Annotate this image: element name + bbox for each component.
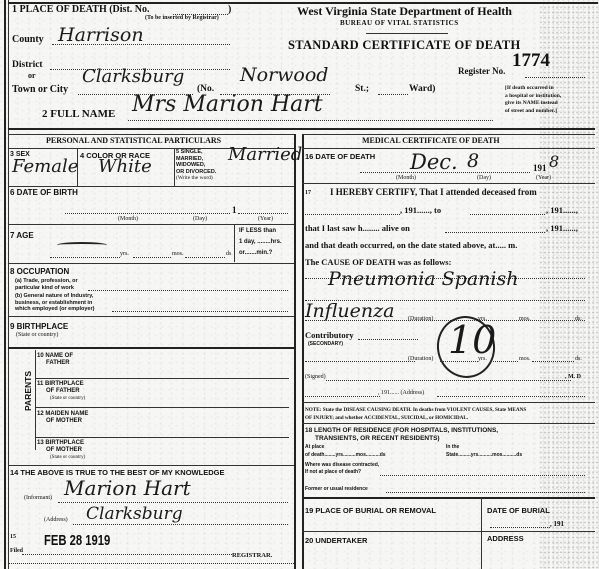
informant-value: Marion Hart [64, 476, 191, 500]
birthplace-label: 9 BIRTHPLACE [10, 322, 68, 331]
dod-day-value: 8 [467, 150, 479, 172]
dod-year-value: 8 [549, 152, 559, 171]
contributory-label: Contributory [305, 330, 354, 340]
department-name: West Virginia State Department of Health [297, 4, 512, 19]
mother-name-label: 12 MAIDEN NAME OF MOTHER [37, 411, 88, 425]
dod-month-value: Dec. [410, 150, 458, 174]
registrar-note: (To be inserted by Registrar) [145, 15, 219, 21]
undertaker-address-label: ADDRESS [487, 534, 524, 543]
where-contracted-label: Where was disease contracted, If not at … [305, 462, 379, 476]
certify-statement: I HEREBY CERTIFY, That I attended deceas… [330, 187, 537, 197]
mother-birthplace-label: 13 BIRTHPLACE OF MOTHER (State or countr… [37, 440, 85, 461]
marital-label: 5 SINGLE, MARRIED, WIDOWED, OR DIVORCED.… [176, 149, 216, 182]
burial-place-label: 19 PLACE OF BURIAL OR REMOVAL [305, 506, 436, 515]
death-occurred-line: and that death occurred, on the date sta… [305, 240, 517, 250]
bureau-name: BUREAU OF VITAL STATISTICS [340, 19, 459, 27]
sex-value: Female [12, 156, 78, 177]
residence-label: 18 LENGTH OF RESIDENCE (FOR HOSPITALS, I… [305, 427, 498, 442]
informant-address-value: Clarksburg [86, 504, 183, 524]
color-value: White [98, 156, 152, 177]
filed-date-stamp: FEB 28 1919 [44, 532, 110, 549]
district-label: District [12, 60, 43, 70]
less-than-day: IF LESS than 1 day, ........hrs. or.....… [239, 226, 282, 259]
header-rule [366, 33, 448, 34]
signed-label: (Signed) [305, 374, 326, 380]
town-label: Town or City [12, 84, 68, 95]
note-text: NOTE: State the DISEASE CAUSING DEATH. I… [305, 406, 526, 422]
street-value: Norwood [240, 64, 328, 86]
hospital-note: [If death occurred in a hospital or inst… [505, 85, 561, 115]
occupation-a-label: (a) Trade, profession, or particular kin… [15, 278, 78, 291]
left-border-inner [8, 0, 9, 569]
father-name-label: 10 NAME OF FATHER [37, 353, 73, 367]
county-value: Harrison [58, 24, 144, 46]
county-label: County [12, 34, 44, 45]
undertaker-label: 20 UNDERTAKER [305, 536, 367, 545]
full-name-label: 2 FULL NAME [42, 108, 115, 120]
register-number: 1774 [512, 50, 550, 72]
medical-section-title: MEDICAL CERTIFICATE OF DEATH [362, 136, 500, 145]
town-value: Clarksburg [82, 66, 184, 87]
father-birthplace-label: 11 BIRTHPLACE OF FATHER (State or countr… [37, 381, 85, 402]
former-residence-label: Former or usual residence [305, 486, 368, 492]
marital-value: Married [228, 144, 302, 165]
parents-side-label: PARENTS [23, 371, 33, 411]
full-name-value: Mrs Marion Hart [132, 92, 323, 117]
personal-section-title: PERSONAL AND STATISTICAL PARTICULARS [46, 136, 221, 145]
age-label: 7 AGE [10, 231, 34, 240]
dod-label: 16 DATE OF DEATH [305, 152, 375, 161]
right-box-left-border [302, 134, 304, 569]
dob-label: 6 DATE OF BIRTH [10, 188, 78, 197]
death-certificate: West Virginia State Department of Health… [0, 0, 599, 569]
left-box-right-border [294, 134, 296, 569]
cause-line-1: Pneumonia Spanish [328, 268, 518, 290]
section-divider [8, 128, 595, 130]
registrar-label: REGISTRAR. [232, 552, 272, 559]
certificate-title: STANDARD CERTIFICATE OF DEATH [288, 38, 520, 53]
left-border [4, 0, 6, 569]
circled-number: 10 [448, 318, 496, 362]
last-saw-line: that I last saw h........ alive on [305, 223, 410, 233]
occupation-b-label: (b) General nature of Industry, business… [15, 293, 94, 313]
cause-line-2: Influenza [305, 300, 394, 322]
register-label: Register No. [458, 66, 505, 76]
occupation-label: 8 OCCUPATION [10, 267, 69, 276]
cause-of-death-label: The CAUSE OF DEATH was as follows: [305, 257, 451, 267]
place-of-death-label: 1 PLACE OF DEATH (Dist. No. [12, 4, 150, 15]
date-of-burial-label: DATE OF BURIAL [487, 506, 550, 515]
age-value-stroke [57, 242, 107, 248]
